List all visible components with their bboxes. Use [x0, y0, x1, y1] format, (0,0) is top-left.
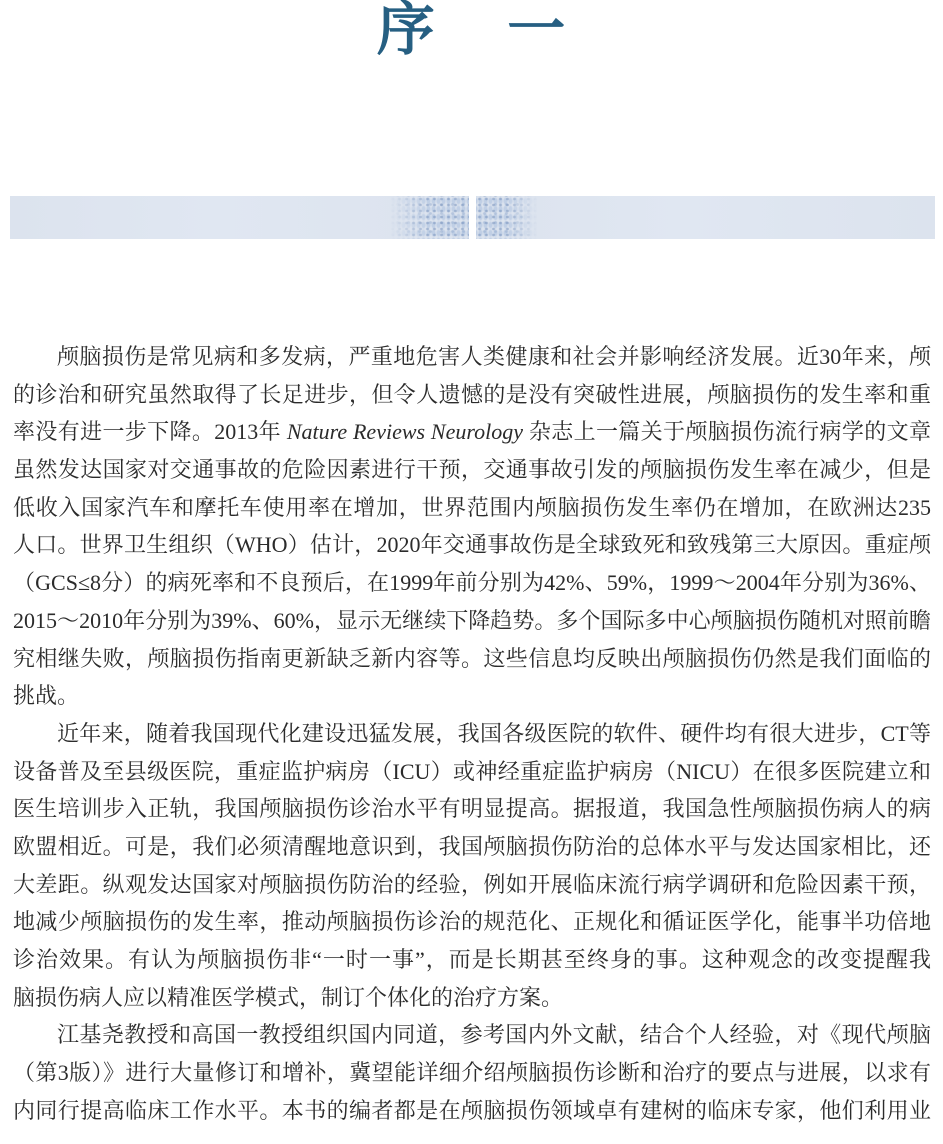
decorative-band-left — [10, 196, 469, 239]
text-line: 医生培训步入正轨，我国颅脑损伤诊治水平有明显提高。据报道，我国急性颅脑损伤病人的… — [13, 790, 931, 828]
text-line: 2015～2010年分别为39%、60%，显示无继续下降趋势。多个国际多中心颅脑… — [13, 602, 931, 640]
text-line: 率没有进一步下降。2013年 Nature Reviews Neurology … — [13, 413, 931, 451]
text-line: 脑损伤病人应以精准医学模式，制订个体化的治疗方案。 — [13, 979, 931, 1017]
text-line: 的诊治和研究虽然取得了长足进步，但令人遗憾的是没有突破性进展，颅脑损伤的发生率和… — [13, 376, 931, 414]
text-line: 设备普及至县级医院，重症监护病房（ICU）或神经重症监护病房（NICU）在很多医… — [13, 753, 931, 791]
decorative-band-right — [476, 196, 935, 239]
text-line: 欧盟相近。可是，我们必须清醒地意识到，我国颅脑损伤防治的总体水平与发达国家相比，… — [13, 828, 931, 866]
paragraph: 江基尧教授和高国一教授组织国内同道，参考国内外文献，结合个人经验，对《现代颅脑损… — [13, 1016, 931, 1129]
text-line: 大差距。纵观发达国家对颅脑损伤防治的经验，例如开展临床流行病学调研和危险因素干预… — [13, 866, 931, 904]
text-line: （GCS≤8分）的病死率和不良预后，在1999年前分别为42%、59%，1999… — [13, 564, 931, 602]
text-line: 江基尧教授和高国一教授组织国内同道，参考国内外文献，结合个人经验，对《现代颅脑损… — [13, 1016, 931, 1054]
text-line: 内同行提高临床工作水平。本书的编者都是在颅脑损伤领域卓有建树的临床专家，他们利用… — [13, 1092, 931, 1130]
decorative-band-gap — [469, 196, 476, 239]
text-line: 颅脑损伤是常见病和多发病，严重地危害人类健康和社会并影响经济发展。近30年来，颅… — [13, 338, 931, 376]
journal-name: Nature Reviews Neurology — [287, 419, 523, 444]
text-line: 人口。世界卫生组织（WHO）估计，2020年交通事故伤是全球致死和致残第三大原因… — [13, 526, 931, 564]
preface-body: 颅脑损伤是常见病和多发病，严重地危害人类健康和社会并影响经济发展。近30年来，颅… — [13, 338, 931, 1129]
text-line: 近年来，随着我国现代化建设迅猛发展，我国各级医院的软件、硬件均有很大进步，CT等… — [13, 715, 931, 753]
text-line: 虽然发达国家对交通事故的危险因素进行干预，交通事故引发的颅脑损伤发生率在减少，但… — [13, 451, 931, 489]
paragraph: 颅脑损伤是常见病和多发病，严重地危害人类健康和社会并影响经济发展。近30年来，颅… — [13, 338, 931, 715]
page-title: 序 一 — [0, 0, 943, 67]
text-line: 究相继失败，颅脑损伤指南更新缺乏新内容等。这些信息均反映出颅脑损伤仍然是我们面临… — [13, 640, 931, 678]
text-segment: 率没有进一步下降。2013年 — [13, 419, 287, 444]
text-line: 诊治效果。有认为颅脑损伤非“一时一事”，而是长期甚至终身的事。这种观念的改变提醒… — [13, 941, 931, 979]
text-line: 地减少颅脑损伤的发生率，推动颅脑损伤诊治的规范化、正规化和循证医学化，能事半功倍… — [13, 903, 931, 941]
text-line: （第3版）》进行大量修订和增补，冀望能详细介绍颅脑损伤诊断和治疗的要点与进展，以… — [13, 1054, 931, 1092]
text-line: 挑战。 — [13, 677, 931, 715]
paragraph: 近年来，随着我国现代化建设迅猛发展，我国各级医院的软件、硬件均有很大进步，CT等… — [13, 715, 931, 1017]
decorative-band — [10, 196, 935, 239]
text-line: 低收入国家汽车和摩托车使用率在增加，世界范围内颅脑损伤发生率仍在增加，在欧洲达2… — [13, 489, 931, 527]
